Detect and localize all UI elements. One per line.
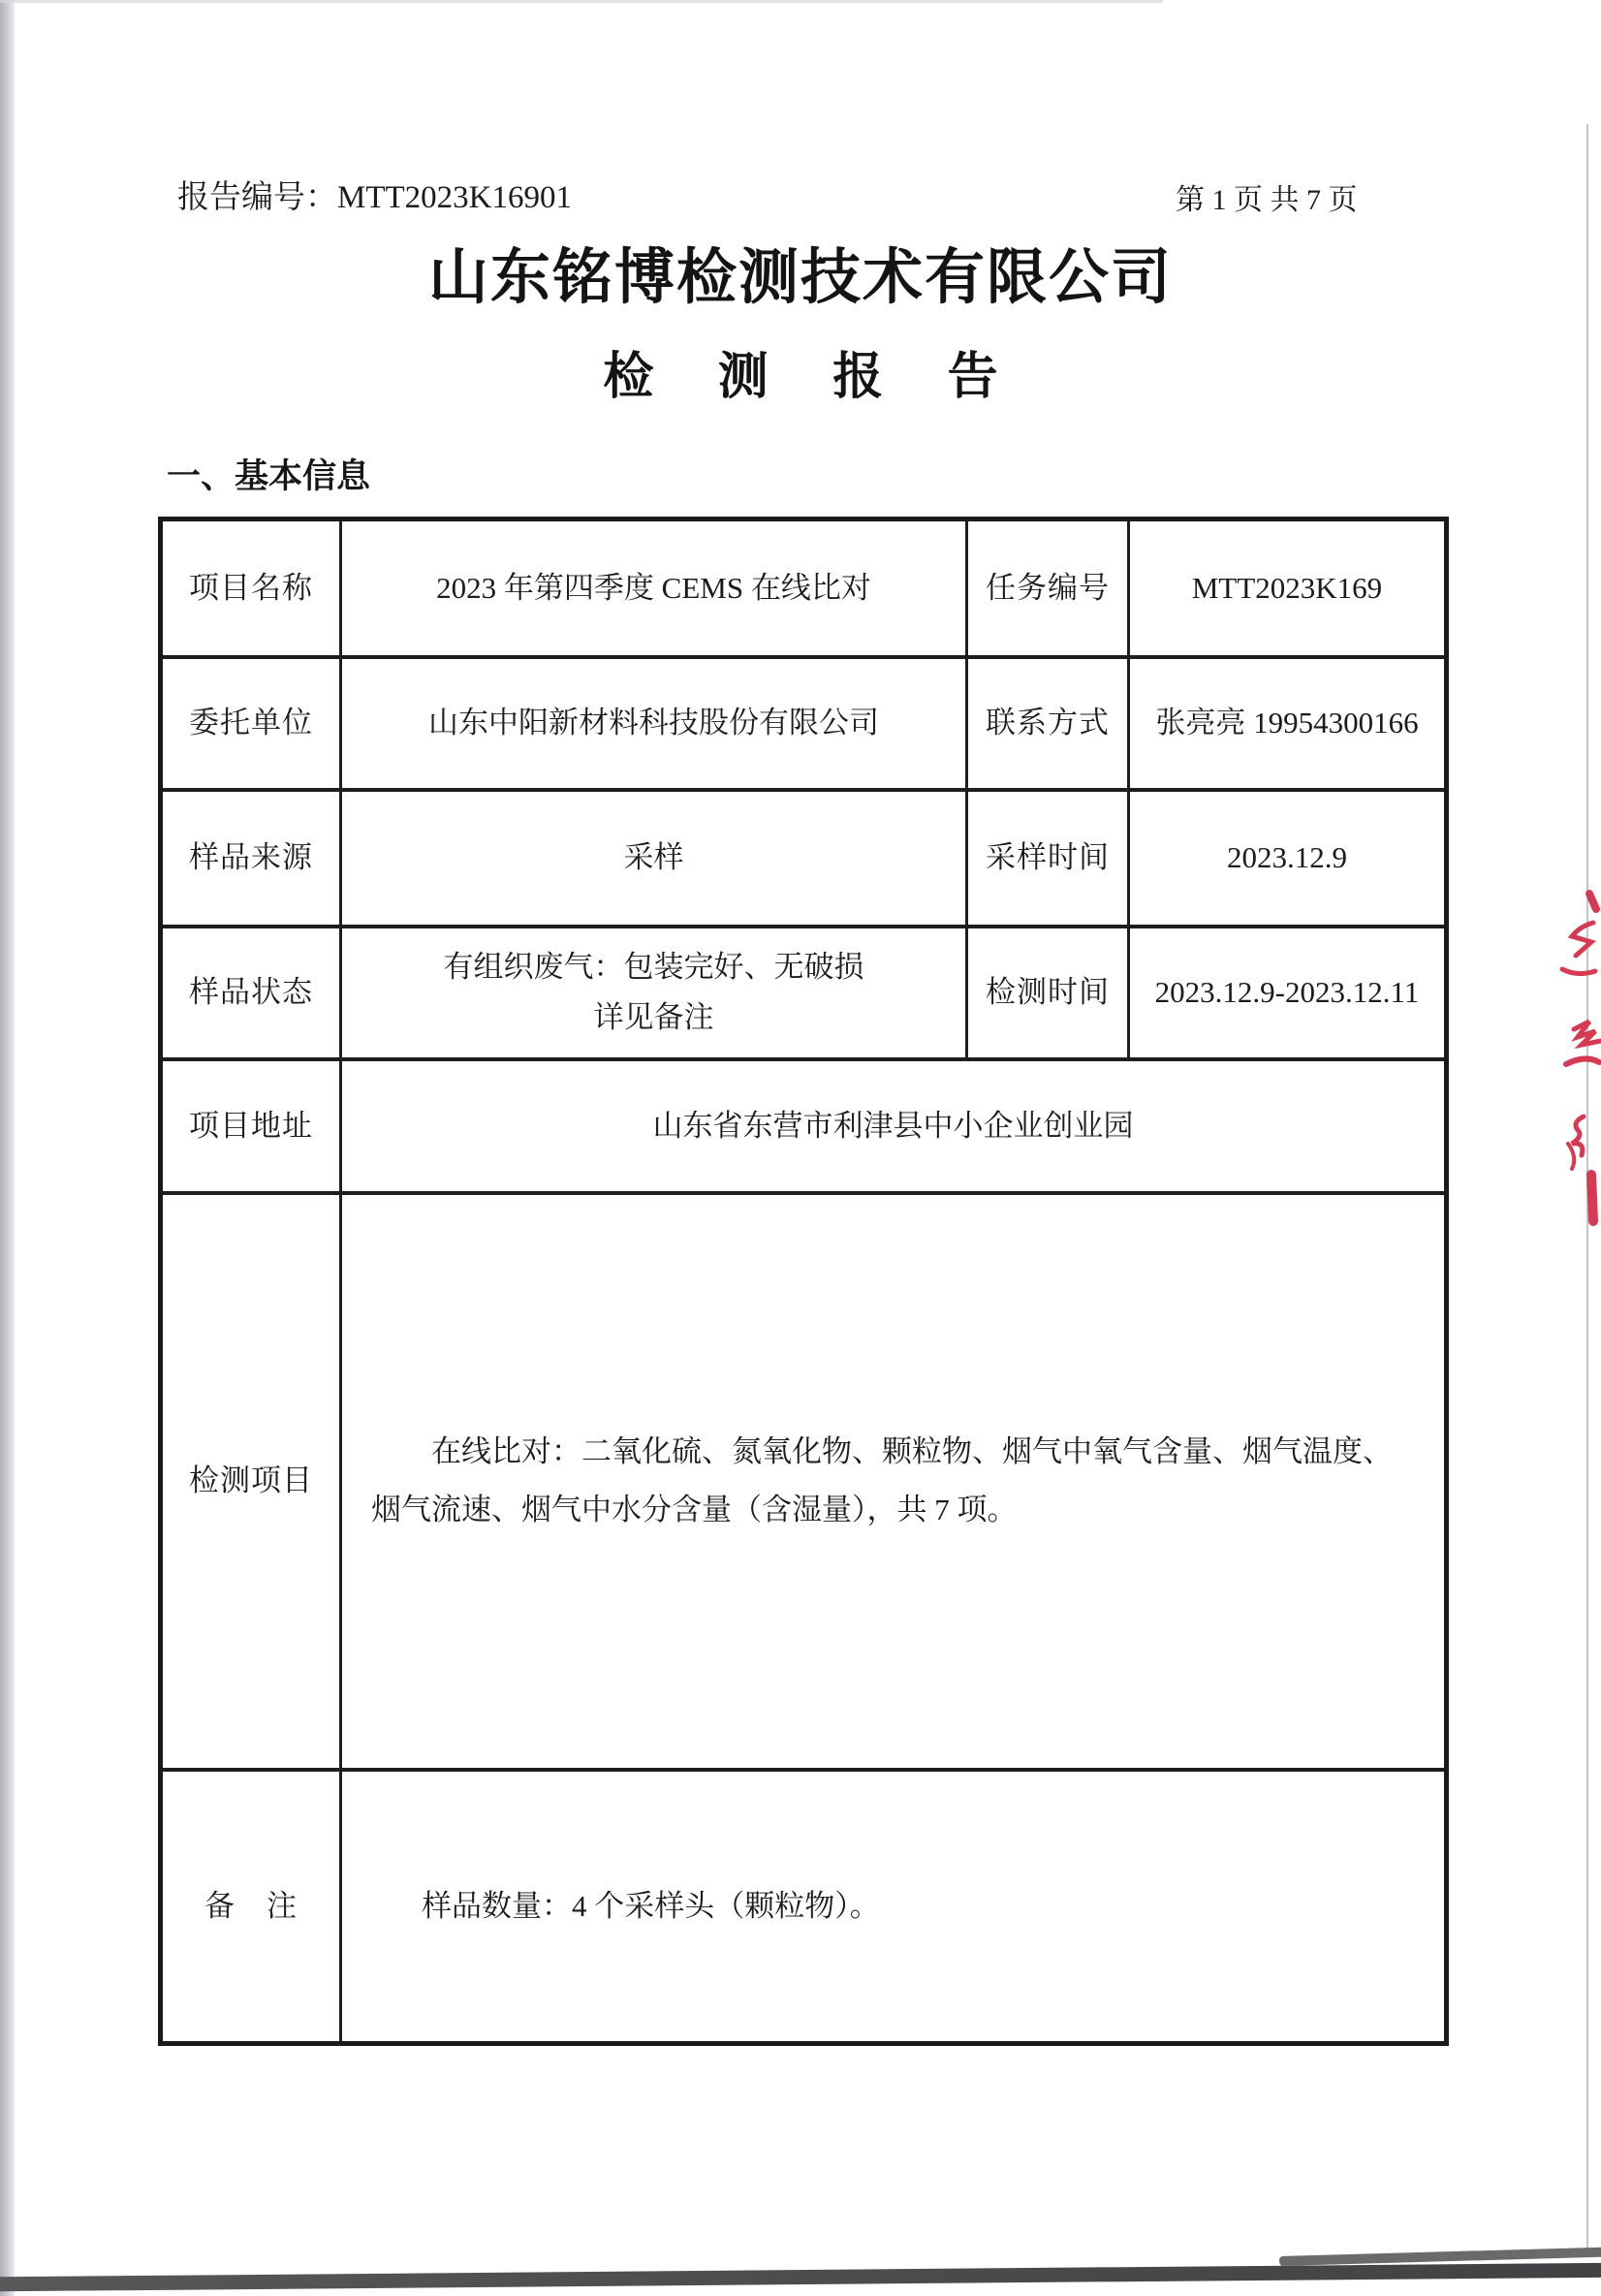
client-label: 委托单位 xyxy=(161,657,341,790)
table-row: 项目地址 山东省东营市利津县中小企业创业园 xyxy=(161,1059,1447,1193)
page-number: 第 1 页 共 7 页 xyxy=(1176,182,1358,219)
table-row: 样品状态 有组织废气：包装完好、无破损 详见备注 检测时间 2023.12.9-… xyxy=(161,927,1447,1059)
table-row: 项目名称 2023 年第四季度 CEMS 在线比对 任务编号 MTT2023K1… xyxy=(161,519,1447,657)
scan-bottom-page-edge xyxy=(0,2262,1601,2291)
red-ink-marks xyxy=(1545,884,1601,1238)
test-time-value: 2023.12.9-2023.12.11 xyxy=(1129,927,1447,1059)
company-title: 山东铭博检测技术有限公司 xyxy=(0,229,1601,315)
table-row: 检测项目 在线比对：二氧化硫、氮氧化物、颗粒物、烟气中氧气含量、烟气温度、烟气流… xyxy=(161,1193,1447,1770)
sample-status-label: 样品状态 xyxy=(161,927,341,1059)
project-address-label: 项目地址 xyxy=(161,1059,341,1193)
sample-status-value: 有组织废气：包装完好、无破损 详见备注 xyxy=(341,927,967,1059)
report-title: 检 测 报 告 xyxy=(0,335,1601,408)
scanned-report-page: 报告编号：MTT2023K16901 第 1 页 共 7 页 山东铭博检测技术有… xyxy=(0,0,1601,2296)
remark-text: 样品数量：4 个采样头（颗粒物）。 xyxy=(342,1884,1444,1929)
sampling-time-label: 采样时间 xyxy=(967,790,1129,927)
table-row: 委托单位 山东中阳新材料科技股份有限公司 联系方式 张亮亮 1995430016… xyxy=(161,657,1447,790)
section-heading-basic-info: 一、基本信息 xyxy=(167,450,370,498)
client-value: 山东中阳新材料科技股份有限公司 xyxy=(341,657,967,790)
contact-value: 张亮亮 19954300166 xyxy=(1129,657,1447,790)
sample-status-line1: 有组织废气：包装完好、无破损 xyxy=(342,942,965,992)
contact-label: 联系方式 xyxy=(967,657,1129,790)
project-name-value: 2023 年第四季度 CEMS 在线比对 xyxy=(341,519,967,657)
scan-top-edge-shadow xyxy=(0,0,1163,3)
basic-info-table: 项目名称 2023 年第四季度 CEMS 在线比对 任务编号 MTT2023K1… xyxy=(158,517,1449,2046)
task-number-label: 任务编号 xyxy=(967,519,1129,657)
remark-label: 备 注 xyxy=(161,1770,341,2044)
task-number-value: MTT2023K169 xyxy=(1129,519,1447,657)
sample-status-line2: 详见备注 xyxy=(342,992,965,1043)
test-items-value: 在线比对：二氧化硫、氮氧化物、颗粒物、烟气中氧气含量、烟气温度、烟气流速、烟气中… xyxy=(341,1193,1447,1770)
table-row: 备 注 样品数量：4 个采样头（颗粒物）。 xyxy=(161,1770,1447,2044)
sample-source-label: 样品来源 xyxy=(161,790,341,927)
project-name-label: 项目名称 xyxy=(161,519,341,657)
sampling-time-value: 2023.12.9 xyxy=(1129,790,1447,927)
test-time-label: 检测时间 xyxy=(967,927,1129,1059)
test-items-text: 在线比对：二氧化硫、氮氧化物、颗粒物、烟气中氧气含量、烟气温度、烟气流速、烟气中… xyxy=(342,1423,1444,1539)
test-items-label: 检测项目 xyxy=(161,1193,341,1770)
report-number: 报告编号：MTT2023K16901 xyxy=(177,178,572,217)
table-row: 样品来源 采样 采样时间 2023.12.9 xyxy=(161,790,1447,927)
project-address-value: 山东省东营市利津县中小企业创业园 xyxy=(341,1059,1447,1193)
remark-value: 样品数量：4 个采样头（颗粒物）。 xyxy=(341,1770,1447,2044)
sample-source-value: 采样 xyxy=(341,790,967,927)
